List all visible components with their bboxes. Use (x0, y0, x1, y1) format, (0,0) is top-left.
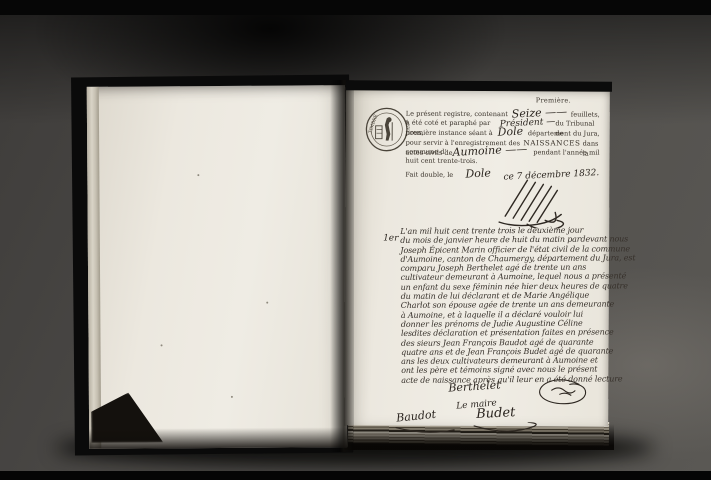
left-page-fore-edge (87, 87, 102, 449)
register-photo: Première. TIMBRE ROYAL Le présent regist… (0, 0, 711, 480)
printed-text: pendant l'année mil (533, 148, 599, 158)
printed-text: commune d' (406, 147, 447, 157)
timbre-royal-stamp-icon: TIMBRE ROYAL (364, 105, 410, 153)
left-page (87, 85, 348, 449)
page-speck (266, 302, 268, 304)
handwritten-fill: Aumoine —— (452, 146, 527, 156)
page-speck (161, 344, 163, 346)
stamp-figure (385, 117, 392, 140)
stamp-text-left: TIMBRE (367, 114, 379, 135)
president-signature-flourish (487, 176, 579, 228)
act-handwritten-text: L'an mil huit cent trente trois le deuxi… (400, 225, 613, 385)
formula-line: première instance séant à Dole départeme… (406, 128, 600, 138)
printed-text: feuillets, (571, 110, 600, 120)
signature-witness-2: Budet (476, 405, 516, 422)
signature-declarant: Berthelet (448, 378, 501, 394)
right-page-top-shadow (346, 80, 612, 91)
printed-text: département du Jura, (528, 129, 600, 139)
top-black-band (0, 0, 711, 15)
book-gutter-shadow (330, 80, 354, 452)
page-speck (231, 396, 233, 398)
page-speck (197, 174, 199, 176)
printed-text: Le présent registre, contenant (406, 110, 508, 120)
handwritten-fill: Dole (497, 128, 523, 135)
act-number: 1er (383, 234, 398, 244)
left-page-bottom-shadow (89, 427, 347, 449)
printed-register-formula: Le présent registre, contenant Seize —— … (405, 110, 599, 182)
right-page: Première. TIMBRE ROYAL Le présent regist… (344, 87, 610, 426)
mayor-paraph-flourish (529, 376, 593, 410)
formula-line: huit cent trente-trois. (405, 157, 599, 167)
bottom-black-band (0, 471, 711, 480)
printed-text: Fait double, le (405, 171, 453, 181)
printed-text-naissances: NAISSANCES (523, 138, 580, 148)
page-label-premiere: Première. (536, 96, 571, 104)
printed-text: première instance séant à (406, 128, 493, 138)
handwritten-fill: Seize —— (512, 109, 568, 118)
signature-underline-flourish (394, 422, 544, 437)
